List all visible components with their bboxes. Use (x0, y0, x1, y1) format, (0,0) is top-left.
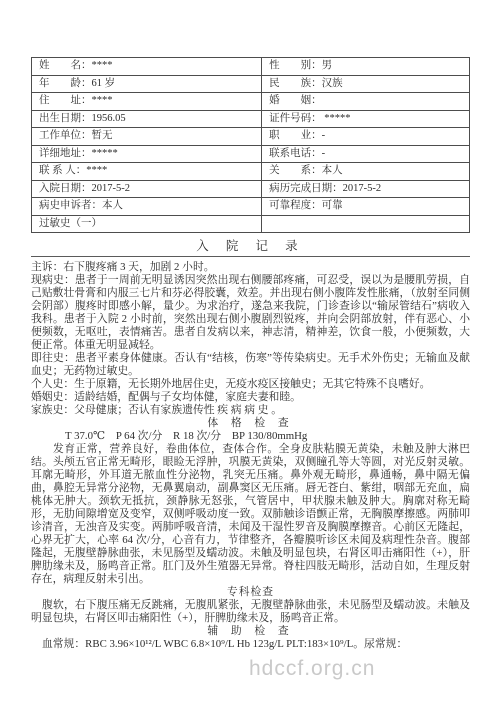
patient-field-age: 年 龄：61 岁 (32, 75, 262, 93)
physical-exam-title: 体 格 检 查 (31, 417, 470, 430)
patient-field-reliability: 可靠程度：可靠 (262, 198, 470, 216)
auxiliary-exam-title: 辅 助 检 查 (31, 625, 470, 638)
family-history: 家族史：父母健康；否认有家族遗传性 疾 病 病 史 。 (31, 404, 470, 417)
patient-field-marriage: 婚 姻： (262, 93, 470, 111)
table-row: 住 址：**** 婚 姻： (32, 93, 470, 111)
table-row: 出生日期：1956.05 证件号码： ***** (32, 110, 470, 128)
patient-field-occupation: 职 业：- (262, 128, 470, 146)
patient-field-name: 姓 名：**** (32, 58, 262, 76)
table-row: 过敏史（一） (32, 215, 470, 233)
patient-field-relationship: 关 系：本人 (262, 163, 470, 181)
personal-history: 个人史：生于原籍，无长期外地居住史，无疫水疫区接触史；无其它特殊不良嗜好。 (31, 378, 470, 391)
admission-record-page: 姓 名：**** 性 别：男 年 龄：61 岁 民 族：汉族 住 址：**** … (0, 0, 500, 708)
patient-field-employer: 工作单位：暂无 (32, 128, 262, 146)
patient-field-detailed-address: 详细地址：***** (32, 145, 262, 163)
physical-exam-body: 发育正常，营养良好，卷曲体位，查体合作。全身皮肤粘膜无黄染，未触及肿大淋巴结。头… (31, 443, 470, 586)
chief-complaint: 主诉：右下腹疼痛 3 天，加剧 2 小时。 (31, 261, 470, 274)
vital-signs: T 37.0℃ P 64 次/分 R 18 次/分 BP 130/80mmHg (31, 430, 470, 443)
table-row: 病史申诉者：本人 可靠程度：可靠 (32, 198, 470, 216)
patient-field-ethnicity: 民 族：汉族 (262, 75, 470, 93)
patient-field-history-narrator: 病史申诉者：本人 (32, 198, 262, 216)
table-row: 联 系 人：**** 关 系：本人 (32, 163, 470, 181)
patient-field-id-number: 证件号码： ***** (262, 110, 470, 128)
specialist-exam-body: 腹软，右下腹压痛无反跳痛，无腹肌紧张，无腹壁静脉曲张，未见肠型及蠕动波。未触及明… (31, 599, 470, 625)
admission-record-title: 入 院 记 录 (31, 233, 470, 257)
patient-field-admission-date: 入院日期：2017-5-2 (32, 180, 262, 198)
patient-field-address: 住 址：**** (32, 93, 262, 111)
table-row: 入院日期：2017-5-2 病历完成日期：2017-5-2 (32, 180, 470, 198)
present-illness-history: 现病史：患者于一周前无明显诱因突然出现右侧腰部疼痛，可忍受，误以为是腰肌劳损，自… (31, 274, 470, 352)
patient-info-table: 姓 名：**** 性 别：男 年 龄：61 岁 民 族：汉族 住 址：**** … (31, 57, 470, 233)
patient-field-sex: 性 别：男 (262, 58, 470, 76)
past-medical-history: 即往史：患者平素身体健康。否认有“结核，伤寒”等传染病史。无手术外伤史；无输血及… (31, 352, 470, 378)
table-row: 年 龄：61 岁 民 族：汉族 (32, 75, 470, 93)
marital-history: 婚姻史：适龄结婚，配偶与子女均体健，家庭夫妻和睦。 (31, 391, 470, 404)
patient-field-allergy-history: 过敏史（一） (32, 215, 262, 233)
patient-field-birthdate: 出生日期：1956.05 (32, 110, 262, 128)
patient-field-record-completion-date: 病历完成日期：2017-5-2 (262, 180, 470, 198)
patient-field-phone: 联系电话：- (262, 145, 470, 163)
specialist-exam-title: 专科检查 (31, 586, 470, 599)
blood-routine-results: 血常规：RBC 3.96×10¹²/L WBC 6.8×10⁹/L Hb 123… (31, 638, 470, 651)
patient-field-empty (262, 215, 470, 233)
patient-field-contact: 联 系 人：**** (32, 163, 262, 181)
table-row: 工作单位：暂无 职 业：- (32, 128, 470, 146)
table-row: 详细地址：***** 联系电话：- (32, 145, 470, 163)
site-watermark: hdccf.org.cn (249, 657, 375, 681)
table-row: 姓 名：**** 性 别：男 (32, 58, 470, 76)
record-body: 主诉：右下腹疼痛 3 天，加剧 2 小时。 现病史：患者于一周前无明显诱因突然出… (31, 261, 470, 651)
